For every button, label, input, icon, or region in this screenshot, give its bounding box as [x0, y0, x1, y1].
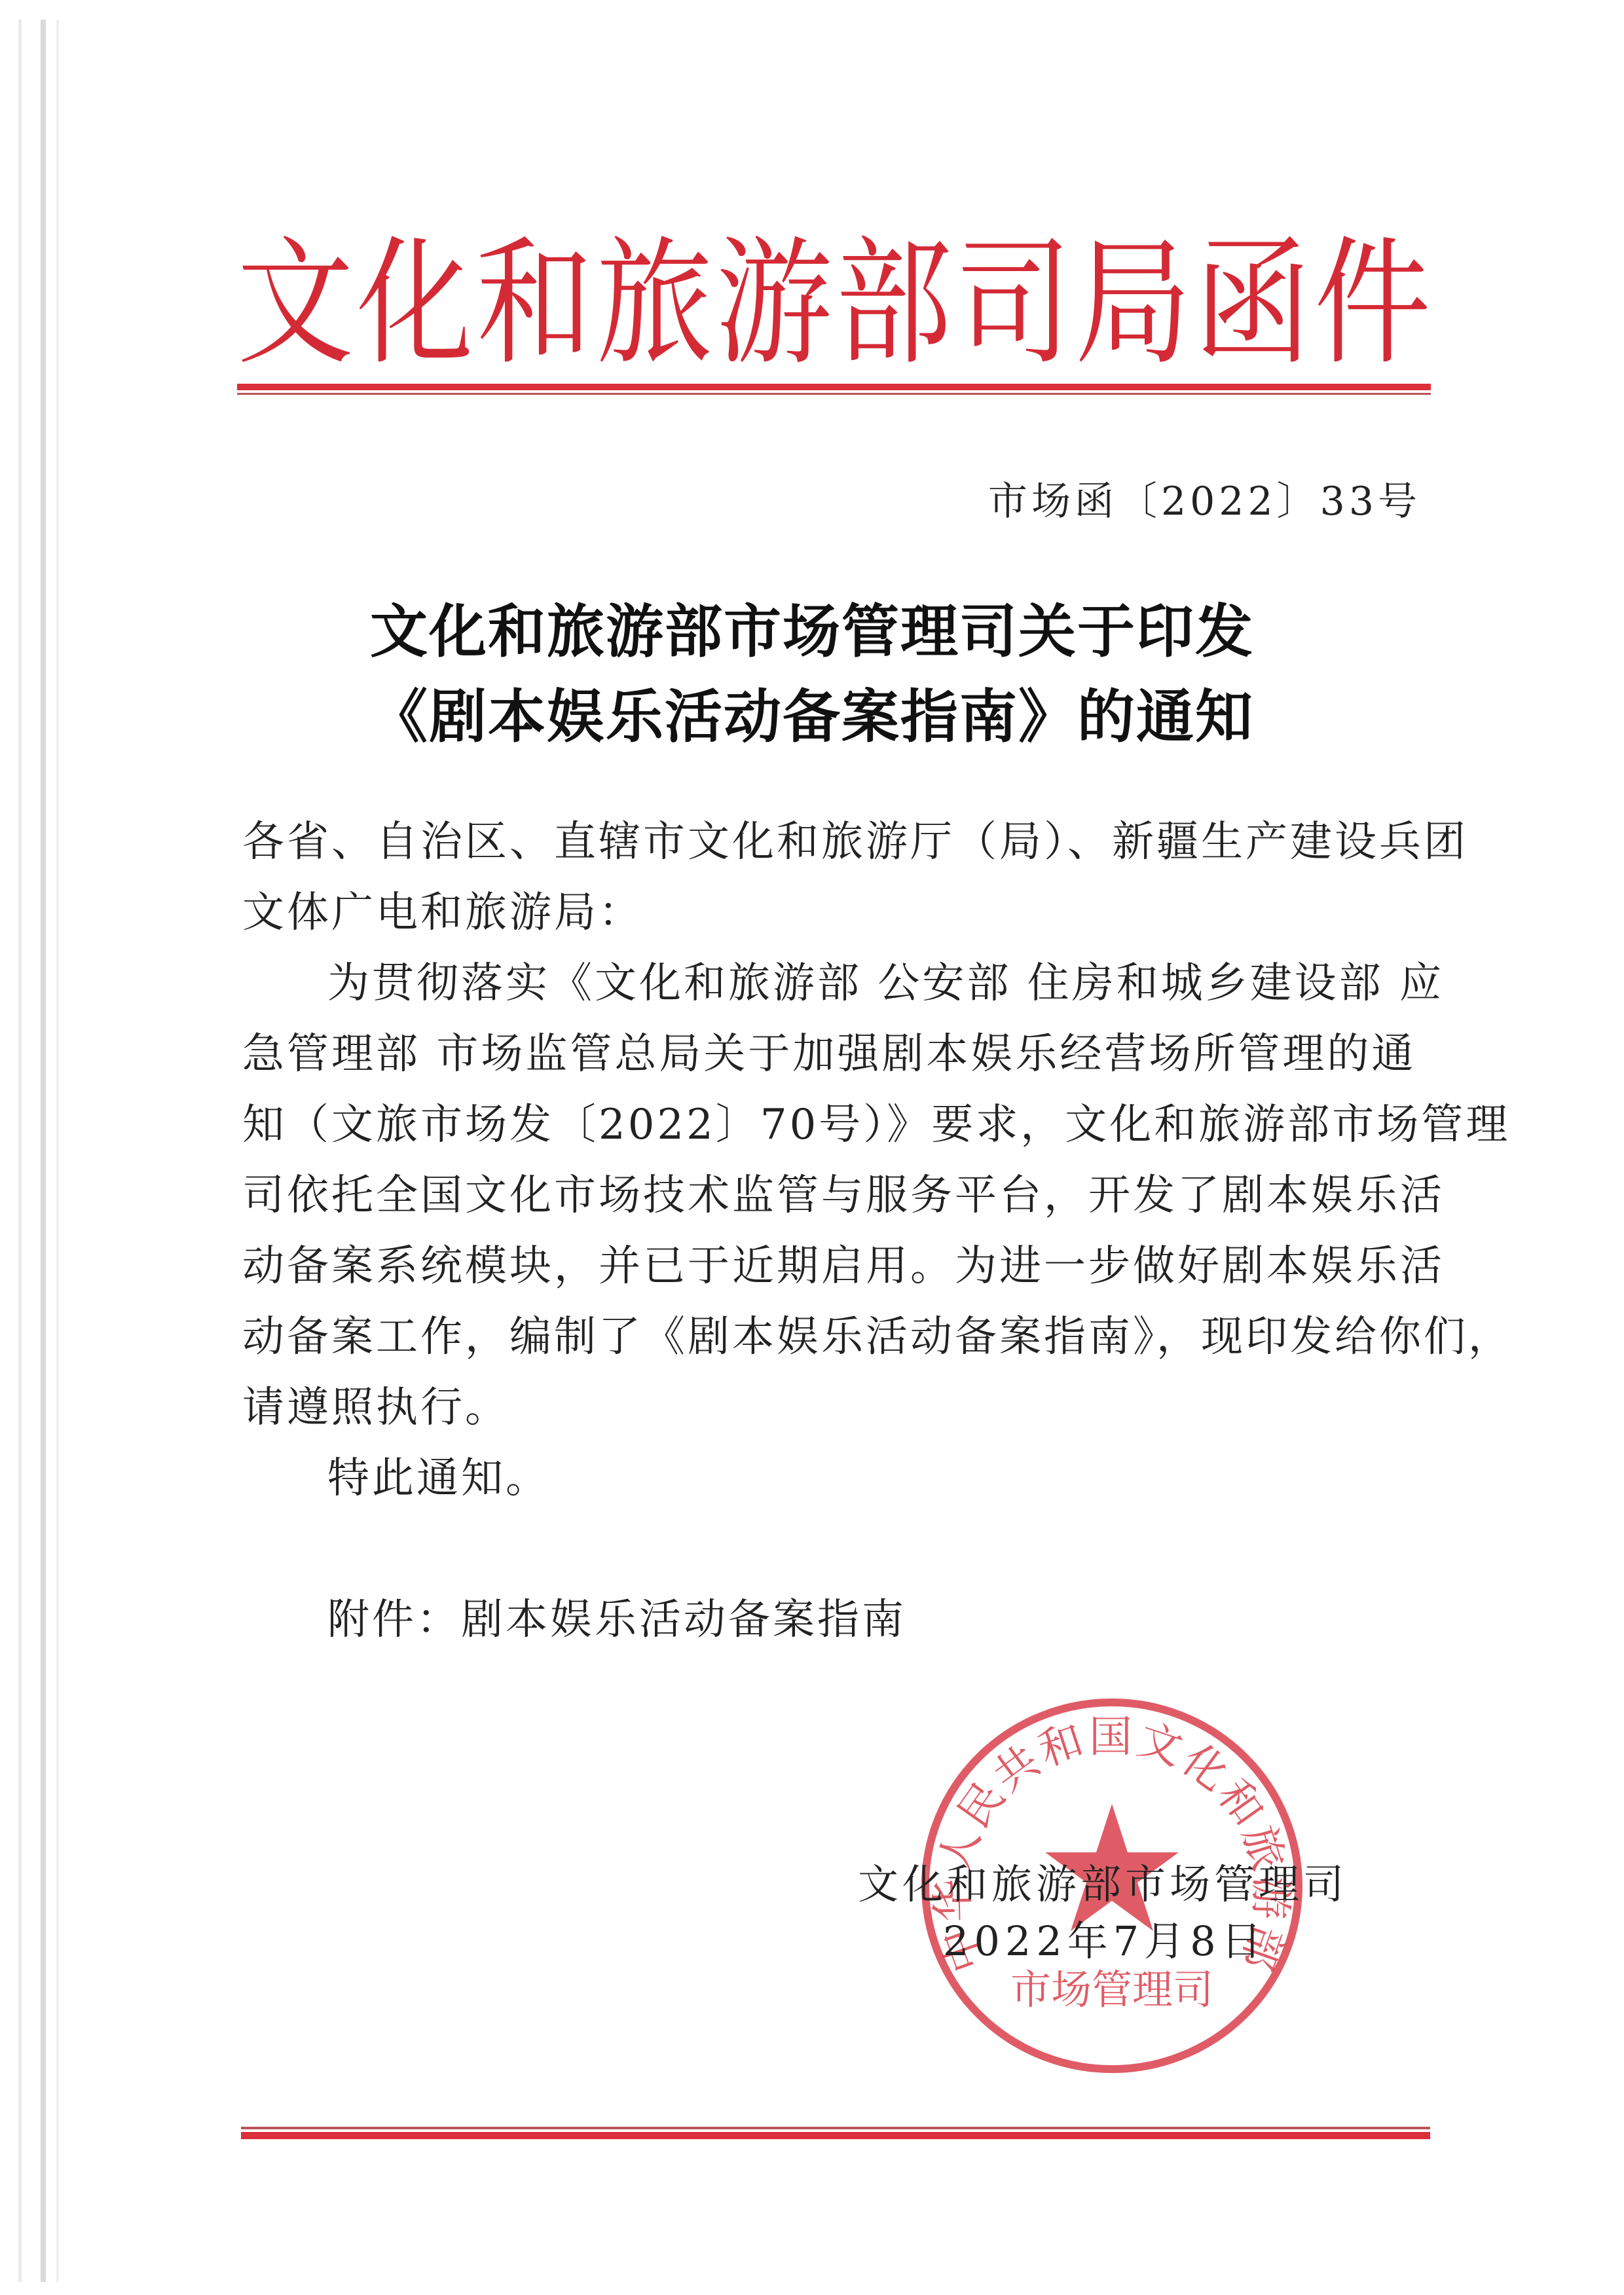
scan-edge — [56, 20, 59, 2282]
body-line: 司依托全国文化市场技术监管与服务平台，开发了剧本娱乐活 — [242, 1160, 1424, 1231]
masthead-char: 游 — [716, 193, 832, 390]
body-paragraph: 为贯彻落实《文化和旅游部 公安部 住房和城乡建设部 应 急管理部 市场监管总局关… — [242, 948, 1424, 1443]
document-title-line-2: 《剧本娱乐活动备案指南》的通知 — [0, 671, 1624, 754]
footer-rule-thick — [241, 2132, 1430, 2139]
scan-edge — [18, 20, 22, 2282]
salutation-line: 文体广电和旅游局： — [242, 877, 1424, 948]
issue-date: 2022年7月8日 — [943, 1909, 1267, 1967]
attachment-note: 附件：剧本娱乐活动备案指南 — [242, 1585, 1424, 1655]
seal-bottom-text: 市场管理司 — [1010, 1966, 1213, 2013]
body-line: 知（文旅市场发〔2022〕70号）》要求，文化和旅游部市场管理 — [242, 1090, 1424, 1160]
salutation: 各省、自治区、直辖市文化和旅游厅（局）、新疆生产建设兵团 文体广电和旅游局： — [242, 807, 1424, 948]
masthead-char: 化 — [357, 193, 473, 390]
masthead-char: 旅 — [596, 193, 712, 390]
document-number: 市场函〔2022〕33号 — [988, 470, 1421, 526]
body-line: 动备案系统模块，并已于近期启用。为进一步做好剧本娱乐活 — [242, 1231, 1424, 1302]
masthead-char: 函 — [1194, 193, 1311, 390]
masthead-char: 件 — [1314, 193, 1431, 390]
masthead-char: 司 — [955, 193, 1072, 390]
header-rule-thick — [237, 384, 1431, 390]
issuer-signature: 文化和旅游部市场管理司 — [858, 1852, 1348, 1910]
body-line: 请遵照执行。 — [242, 1372, 1424, 1443]
body-line: 为贯彻落实《文化和旅游部 公安部 住房和城乡建设部 应 — [242, 948, 1424, 1019]
closing-remark: 特此通知。 — [242, 1443, 1424, 1514]
masthead-char: 文 — [237, 193, 354, 390]
attachment-text: 附件：剧本娱乐活动备案指南 — [242, 1585, 1424, 1655]
masthead-char: 部 — [836, 193, 952, 390]
footer-rule-thin — [241, 2127, 1430, 2129]
body-line: 动备案工作，编制了《剧本娱乐活动备案指南》，现印发给你们， — [242, 1302, 1424, 1372]
scan-edge — [41, 20, 46, 2282]
document-title-line-1: 文化和旅游部市场管理司关于印发 — [0, 586, 1624, 669]
salutation-line: 各省、自治区、直辖市文化和旅游厅（局）、新疆生产建设兵团 — [242, 807, 1424, 877]
masthead-title: 文 化 和 旅 游 部 司 局 函 件 — [237, 202, 1431, 380]
closing-text: 特此通知。 — [242, 1443, 1424, 1514]
masthead-char: 局 — [1075, 193, 1191, 390]
masthead-char: 和 — [477, 193, 593, 390]
body-line: 急管理部 市场监管总局关于加强剧本娱乐经营场所管理的通 — [242, 1019, 1424, 1090]
header-rule-thin — [237, 393, 1431, 395]
